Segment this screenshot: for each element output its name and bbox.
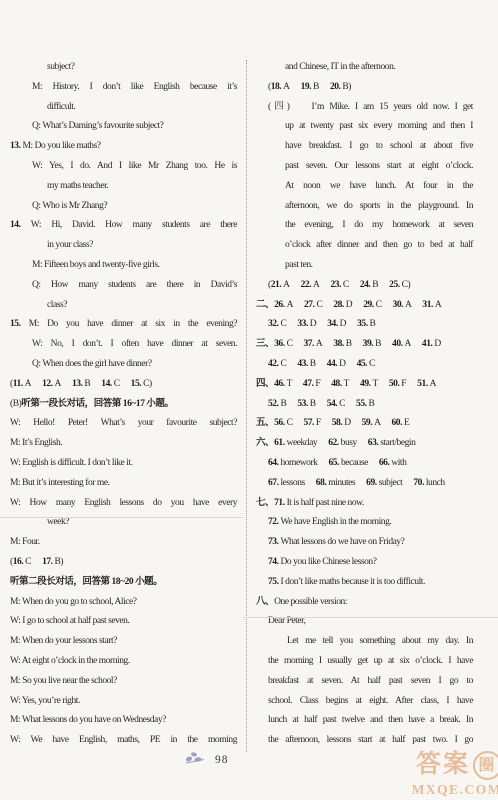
text-segment: C) <box>402 280 411 290</box>
page-footer: 98 <box>184 750 229 770</box>
text-segment: subject? <box>47 62 75 72</box>
text-line: past ten. <box>285 256 473 276</box>
watermark-site: MXQE.COM <box>412 783 498 797</box>
watermark-logo: 答案圈 <box>412 751 498 780</box>
text-line: 六、61. weekday62. busy63. start/begin <box>256 434 473 454</box>
answer-book-page: subject?M: History. I don’t like English… <box>0 0 498 800</box>
text-segment: T <box>344 379 349 389</box>
text-line: lunch at half past twelve and then have … <box>268 711 473 731</box>
text-segment: B <box>310 359 316 369</box>
text-segment: A <box>55 379 61 389</box>
text-line: M: History. I don’t like English because… <box>32 78 237 98</box>
text-line: my maths teacher. <box>47 177 237 197</box>
text-segment: D <box>339 359 345 369</box>
text-segment: 50. <box>389 379 401 389</box>
text-segment: 16. <box>13 557 25 567</box>
text-segment: C <box>114 379 120 389</box>
text-segment: I’m Mike. I am 15 years old now. I get <box>312 102 473 112</box>
text-segment: 66. <box>379 458 391 468</box>
text-segment: I don’t like maths because it is too dif… <box>280 577 424 587</box>
text-line: subject? <box>47 58 237 78</box>
text-segment: A <box>405 300 411 310</box>
text-segment: because <box>341 458 368 468</box>
text-segment: F <box>401 379 406 389</box>
text-line: 67. lessons68. minutes69. subject70. lun… <box>268 474 473 494</box>
text-segment: subject <box>379 478 403 488</box>
text-segment: 36. <box>274 339 286 349</box>
text-line: 14. W: Hi, David. How many students are … <box>10 216 237 236</box>
text-line: o’clock after dinner and then go to bed … <box>285 236 473 256</box>
text-segment: D <box>344 418 350 428</box>
text-segment: 59. <box>362 418 374 428</box>
text-segment: past ten. <box>285 260 313 270</box>
text-line: W: English is difficult. I don’t like it… <box>10 454 237 474</box>
text-segment: C <box>287 418 293 428</box>
text-line: 七、71. It is half past nine now. <box>256 494 473 514</box>
text-segment: B <box>313 82 319 92</box>
text-line: W: Hello! Peter! What’s your favourite s… <box>10 414 237 434</box>
cjk-text-segment: 四、 <box>256 379 274 389</box>
left-text-column: subject?M: History. I don’t like English… <box>10 58 237 751</box>
text-segment: W: We have English, maths, PE in the mor… <box>10 735 237 745</box>
text-segment: my maths teacher. <box>47 181 108 191</box>
text-segment: 53. <box>297 399 309 409</box>
right-text-column: and Chinese, IT in the afternoon.(18. A1… <box>256 58 473 751</box>
text-segment: B) <box>55 557 64 567</box>
text-segment: D <box>346 300 352 310</box>
text-segment: B) <box>342 82 351 92</box>
text-segment: 14. <box>101 379 113 389</box>
scan-artifact-line <box>0 517 243 518</box>
cjk-text-segment: 五、 <box>256 418 274 428</box>
text-segment: C <box>343 280 349 290</box>
text-line: 八、One possible version: <box>256 593 473 613</box>
text-segment: 25. <box>389 280 401 290</box>
text-segment: 72. <box>268 517 280 527</box>
text-segment: B <box>368 399 374 409</box>
text-segment: in your class? <box>47 240 93 250</box>
text-line: M: It’s English. <box>10 434 237 454</box>
text-line: W: I go to school at half past seven. <box>10 612 237 632</box>
column-divider <box>246 60 247 752</box>
text-segment: M: Four. <box>10 537 40 547</box>
text-line: (11. A12. A13. B14. C15. C) <box>10 375 237 395</box>
text-line: 72. We have English in the morning. <box>268 513 473 533</box>
text-line: M: But it’s interesting for me. <box>10 474 237 494</box>
text-line: 13. M: Do you like maths? <box>10 137 237 157</box>
text-segment: M: When do your lessons start? <box>10 636 117 646</box>
text-line: up at twenty past six every morning and … <box>285 117 473 137</box>
scan-artifact-line <box>243 617 498 618</box>
text-segment: W: At eight o’clock in the morning. <box>10 656 130 666</box>
text-segment: 33. <box>297 319 309 329</box>
text-segment: 46. <box>274 379 286 389</box>
text-segment: 13. <box>72 379 84 389</box>
text-segment: 52. <box>268 399 280 409</box>
text-segment: Let me tell you something about my day. … <box>287 636 473 646</box>
text-segment: 29. <box>363 300 375 310</box>
text-line: M: Fifteen boys and twenty-five girls. <box>32 256 237 276</box>
text-line: (16. C17. B) <box>10 553 237 573</box>
text-segment: 57. <box>303 418 315 428</box>
text-segment: 48. <box>331 379 343 389</box>
text-segment: 39. <box>363 339 375 349</box>
text-segment: A <box>287 300 293 310</box>
text-segment: (B) <box>10 399 21 409</box>
watermark-logo-text: 答案 <box>416 751 470 778</box>
text-line: M: So you live near the school? <box>10 672 237 692</box>
text-segment: W: Yes, I do. And I like Mr Zhang too. H… <box>32 161 237 171</box>
text-segment: 69. <box>366 478 378 488</box>
text-line: (四)I’m Mike. I am 15 years old now. I ge… <box>268 98 473 118</box>
text-line: 15. M: Do you have dinner at six in the … <box>10 315 237 335</box>
text-segment: Q: When does the girl have dinner? <box>32 359 152 369</box>
text-segment: 19. <box>301 82 313 92</box>
text-segment: 40. <box>392 339 404 349</box>
text-segment: week? <box>47 517 69 527</box>
text-line: W: We have English, maths, PE in the mor… <box>10 731 237 751</box>
text-segment: 38. <box>333 339 345 349</box>
text-segment: 23. <box>330 280 342 290</box>
cjk-text-segment: 三、 <box>256 339 274 349</box>
cjk-text-segment: 听第一段长对话，回答第 16~17 小题。 <box>21 399 173 409</box>
text-segment: 71. <box>274 498 286 508</box>
text-segment: A <box>283 82 289 92</box>
text-segment: breakfast at seven. At half past seven I… <box>268 676 473 686</box>
text-segment: weekday <box>287 438 318 448</box>
text-segment: 15. <box>10 319 29 329</box>
text-segment: T <box>287 379 292 389</box>
text-segment: C <box>369 359 375 369</box>
text-segment: 56. <box>274 418 286 428</box>
text-segment: B <box>280 399 286 409</box>
text-segment: 12. <box>42 379 54 389</box>
text-segment: M: Do you have dinner at six in the even… <box>29 319 237 329</box>
text-line: 75. I don’t like maths because it is too… <box>268 573 473 593</box>
text-segment: A <box>430 379 436 389</box>
text-segment: B <box>346 339 352 349</box>
text-line: (21. A22. A23. C24. B25. C) <box>268 276 473 296</box>
text-line: 二、26. A27. C28. D29. C30. A31. A <box>256 296 473 316</box>
text-line: M: What lessons do you have on Wednesday… <box>10 711 237 731</box>
text-segment: 14. <box>10 220 31 230</box>
text-line: M: When do your lessons start? <box>10 632 237 652</box>
text-line: Q: How many students are there in David’… <box>32 276 237 296</box>
text-segment: D <box>340 319 346 329</box>
text-line: 32. C33. D34. D35. B <box>268 315 473 335</box>
text-segment: start/begin <box>380 438 415 448</box>
text-segment: Do you like Chinese lesson? <box>280 557 376 567</box>
text-line: the evening, I do my homework at seven <box>285 216 473 236</box>
text-segment: A <box>316 339 322 349</box>
text-line: At noon we have lunch. At four in the <box>285 177 473 197</box>
text-segment: minutes <box>328 478 355 488</box>
text-segment: W: Hello! Peter! What’s your favourite s… <box>10 418 237 428</box>
text-line: 四、46. T47. F48. T49. T50. F51. A <box>256 375 473 395</box>
text-segment: lunch at half past twelve and then have … <box>268 715 473 725</box>
text-segment: C) <box>143 379 152 389</box>
cjk-text-segment: 听第二段长对话，回答第 18~20 小题。 <box>10 577 162 587</box>
text-line: 73. What lessons do we have on Friday? <box>268 533 473 553</box>
text-line: 五、56. C57. F58. D59. A60. E <box>256 414 473 434</box>
text-line: 三、36. C37. A38. B39. B40. A41. D <box>256 335 473 355</box>
text-segment: A <box>283 280 289 290</box>
cjk-text-segment: 二、 <box>256 300 274 310</box>
text-segment: Q: What’s Daming’s favourite subject? <box>32 121 163 131</box>
text-segment: F <box>315 379 320 389</box>
text-segment: the afternoon, lessons start at half pas… <box>268 735 473 745</box>
text-segment: F <box>316 418 321 428</box>
text-segment: 67. <box>268 478 280 488</box>
text-segment: C <box>339 399 345 409</box>
text-segment: 49. <box>360 379 372 389</box>
text-line: Q: What’s Daming’s favourite subject? <box>32 117 237 137</box>
text-line: 64. homework65. because66. with <box>268 454 473 474</box>
text-line: (B)听第一段长对话，回答第 16~17 小题。 <box>10 395 237 415</box>
text-segment: 18. <box>271 82 283 92</box>
text-line: 42. C43. B44. D45. C <box>268 355 473 375</box>
text-line: W: At eight o’clock in the morning. <box>10 652 237 672</box>
watermark: 答案圈 MXQE.COM <box>412 751 498 797</box>
text-segment: 45. <box>357 359 369 369</box>
text-segment: have breakfast. I go to school at about … <box>285 141 473 151</box>
text-segment: M: But it’s interesting for me. <box>10 478 110 488</box>
text-line: 52. B53. B54. C55. B <box>268 395 473 415</box>
text-segment: 55. <box>356 399 368 409</box>
text-segment: A <box>25 379 31 389</box>
text-segment: We have English in the morning. <box>280 517 391 527</box>
text-segment: A <box>404 339 410 349</box>
text-segment: past seven. Our lessons start at eight o… <box>285 161 473 171</box>
text-segment: W: Yes, you’re right. <box>10 696 80 706</box>
text-segment: 61. <box>274 438 286 448</box>
text-segment: 43. <box>297 359 309 369</box>
text-segment: What lessons do we have on Friday? <box>280 537 404 547</box>
text-line: and Chinese, IT in the afternoon. <box>285 58 473 78</box>
text-segment: W: How many English lessons do you have … <box>10 498 237 508</box>
text-line: school. Class begins at eight. After cla… <box>268 692 473 712</box>
text-segment: o’clock after dinner and then go to bed … <box>285 240 473 250</box>
text-line: Dear Peter, <box>268 612 473 632</box>
text-line: the afternoon, lessons start at half pas… <box>268 731 473 751</box>
text-segment: 42. <box>268 359 280 369</box>
text-segment: B <box>375 339 381 349</box>
text-line: M: Four. <box>10 533 237 553</box>
text-segment: W: English is difficult. I don’t like it… <box>10 458 133 468</box>
text-segment: C <box>25 557 31 567</box>
text-segment: One possible version: <box>274 597 347 607</box>
text-segment: 13. <box>10 141 22 151</box>
text-segment: and Chinese, IT in the afternoon. <box>285 62 395 72</box>
text-line: class? <box>47 296 237 316</box>
text-segment: A <box>313 280 319 290</box>
text-line: past seven. Our lessons start at eight o… <box>285 157 473 177</box>
cjk-text-segment: (四) <box>268 102 290 112</box>
text-segment: 34. <box>327 319 339 329</box>
text-segment: A <box>435 300 441 310</box>
text-segment: W: Hi, David. How many students are ther… <box>31 220 237 230</box>
text-segment: 44. <box>327 359 339 369</box>
text-segment: B <box>370 319 376 329</box>
cjk-text-segment: 八、 <box>256 597 274 607</box>
text-segment: M: So you live near the school? <box>10 676 117 686</box>
text-line: W: Yes, I do. And I like Mr Zhang too. H… <box>32 157 237 177</box>
text-segment: 37. <box>303 339 315 349</box>
text-line: have breakfast. I go to school at about … <box>285 137 473 157</box>
text-segment: T <box>372 379 377 389</box>
text-line: W: No, I don’t. I often have dinner at s… <box>32 335 237 355</box>
text-segment: B <box>84 379 90 389</box>
text-line: W: Yes, you’re right. <box>10 692 237 712</box>
text-segment: M: What lessons do you have on Wednesday… <box>10 715 166 725</box>
text-segment: school. Class begins at eight. After cla… <box>268 696 473 706</box>
text-segment: 20. <box>330 82 342 92</box>
text-segment: 51. <box>417 379 429 389</box>
text-segment: busy <box>341 438 357 448</box>
text-segment: 22. <box>301 280 313 290</box>
text-segment: B <box>372 280 378 290</box>
text-segment: 54. <box>327 399 339 409</box>
text-segment: C <box>287 339 293 349</box>
text-line: W: How many English lessons do you have … <box>10 494 237 514</box>
text-segment: 17. <box>42 557 54 567</box>
text-segment: 60. <box>392 418 404 428</box>
text-line: in your class? <box>47 236 237 256</box>
text-segment: 11. <box>13 379 25 389</box>
cjk-text-segment: 七、 <box>256 498 274 508</box>
text-segment: 58. <box>332 418 344 428</box>
text-segment: 30. <box>393 300 405 310</box>
text-segment: W: No, I don’t. I often have dinner at s… <box>32 339 237 349</box>
text-line: breakfast at seven. At half past seven I… <box>268 672 473 692</box>
text-segment: 74. <box>268 557 280 567</box>
text-segment: 41. <box>422 339 434 349</box>
text-segment: class? <box>47 300 67 310</box>
text-segment: C <box>316 300 322 310</box>
text-segment: 68. <box>316 478 328 488</box>
page-number: 98 <box>215 754 229 766</box>
text-segment: 65. <box>328 458 340 468</box>
text-segment: lessons <box>280 478 304 488</box>
text-segment: It is half past nine now. <box>287 498 364 508</box>
text-segment: 75. <box>268 577 280 587</box>
text-segment: E <box>404 418 409 428</box>
text-segment: difficult. <box>47 102 75 112</box>
text-segment: A <box>374 418 380 428</box>
text-segment: Q: How many students are there in David’… <box>32 280 237 290</box>
text-line: M: When do you go to school, Alice? <box>10 593 237 613</box>
text-line: the morning I usually get up at six o’cl… <box>268 652 473 672</box>
text-segment: 21. <box>271 280 283 290</box>
text-segment: M: History. I don’t like English because… <box>32 82 237 92</box>
text-segment: W: I go to school at half past seven. <box>10 616 129 626</box>
text-segment: homework <box>280 458 317 468</box>
text-segment: 73. <box>268 537 280 547</box>
text-segment: 63. <box>368 438 380 448</box>
text-segment: 26. <box>274 300 286 310</box>
text-line: Q: Who is Mr Zhang? <box>32 197 237 217</box>
text-line: Let me tell you something about my day. … <box>287 632 473 652</box>
text-segment: 70. <box>413 478 425 488</box>
text-segment: D <box>310 319 316 329</box>
text-segment: 35. <box>357 319 369 329</box>
text-segment: 15. <box>131 379 143 389</box>
text-segment: D <box>434 339 440 349</box>
text-segment: 64. <box>268 458 280 468</box>
text-segment: 47. <box>303 379 315 389</box>
text-segment: 32. <box>268 319 280 329</box>
text-segment: lunch <box>426 478 445 488</box>
text-segment: the morning I usually get up at six o’cl… <box>268 656 473 666</box>
text-segment: At noon we have lunch. At four in the <box>285 181 473 191</box>
text-segment: up at twenty past six every morning and … <box>285 121 473 131</box>
text-segment: M: Fifteen boys and twenty-five girls. <box>32 260 160 270</box>
text-segment: B <box>310 399 316 409</box>
text-segment: with <box>391 458 406 468</box>
cjk-text-segment: 六、 <box>256 438 274 448</box>
text-segment: C <box>280 359 286 369</box>
text-segment: C <box>280 319 286 329</box>
text-segment: 62. <box>328 438 340 448</box>
text-segment: M: It’s English. <box>10 438 62 448</box>
text-segment: 27. <box>304 300 316 310</box>
text-line: Q: When does the girl have dinner? <box>32 355 237 375</box>
text-line: (18. A19. B20. B) <box>268 78 473 98</box>
text-segment: 24. <box>360 280 372 290</box>
flower-ornament <box>184 750 206 771</box>
text-segment: 28. <box>333 300 345 310</box>
text-segment: afternoon, we do sports in the playgroun… <box>285 201 473 211</box>
text-segment: 31. <box>422 300 434 310</box>
text-line: difficult. <box>47 98 237 118</box>
text-segment: Q: Who is Mr Zhang? <box>32 201 107 211</box>
text-line: 听第二段长对话，回答第 18~20 小题。 <box>10 573 237 593</box>
text-segment: C <box>376 300 382 310</box>
text-line: afternoon, we do sports in the playgroun… <box>285 197 473 217</box>
text-segment: the evening, I do my homework at seven <box>285 220 473 230</box>
text-segment: M: When do you go to school, Alice? <box>10 597 137 607</box>
text-line: 74. Do you like Chinese lesson? <box>268 553 473 573</box>
text-segment: M: Do you like maths? <box>22 141 100 151</box>
watermark-logo-circle: 圈 <box>473 751 498 780</box>
